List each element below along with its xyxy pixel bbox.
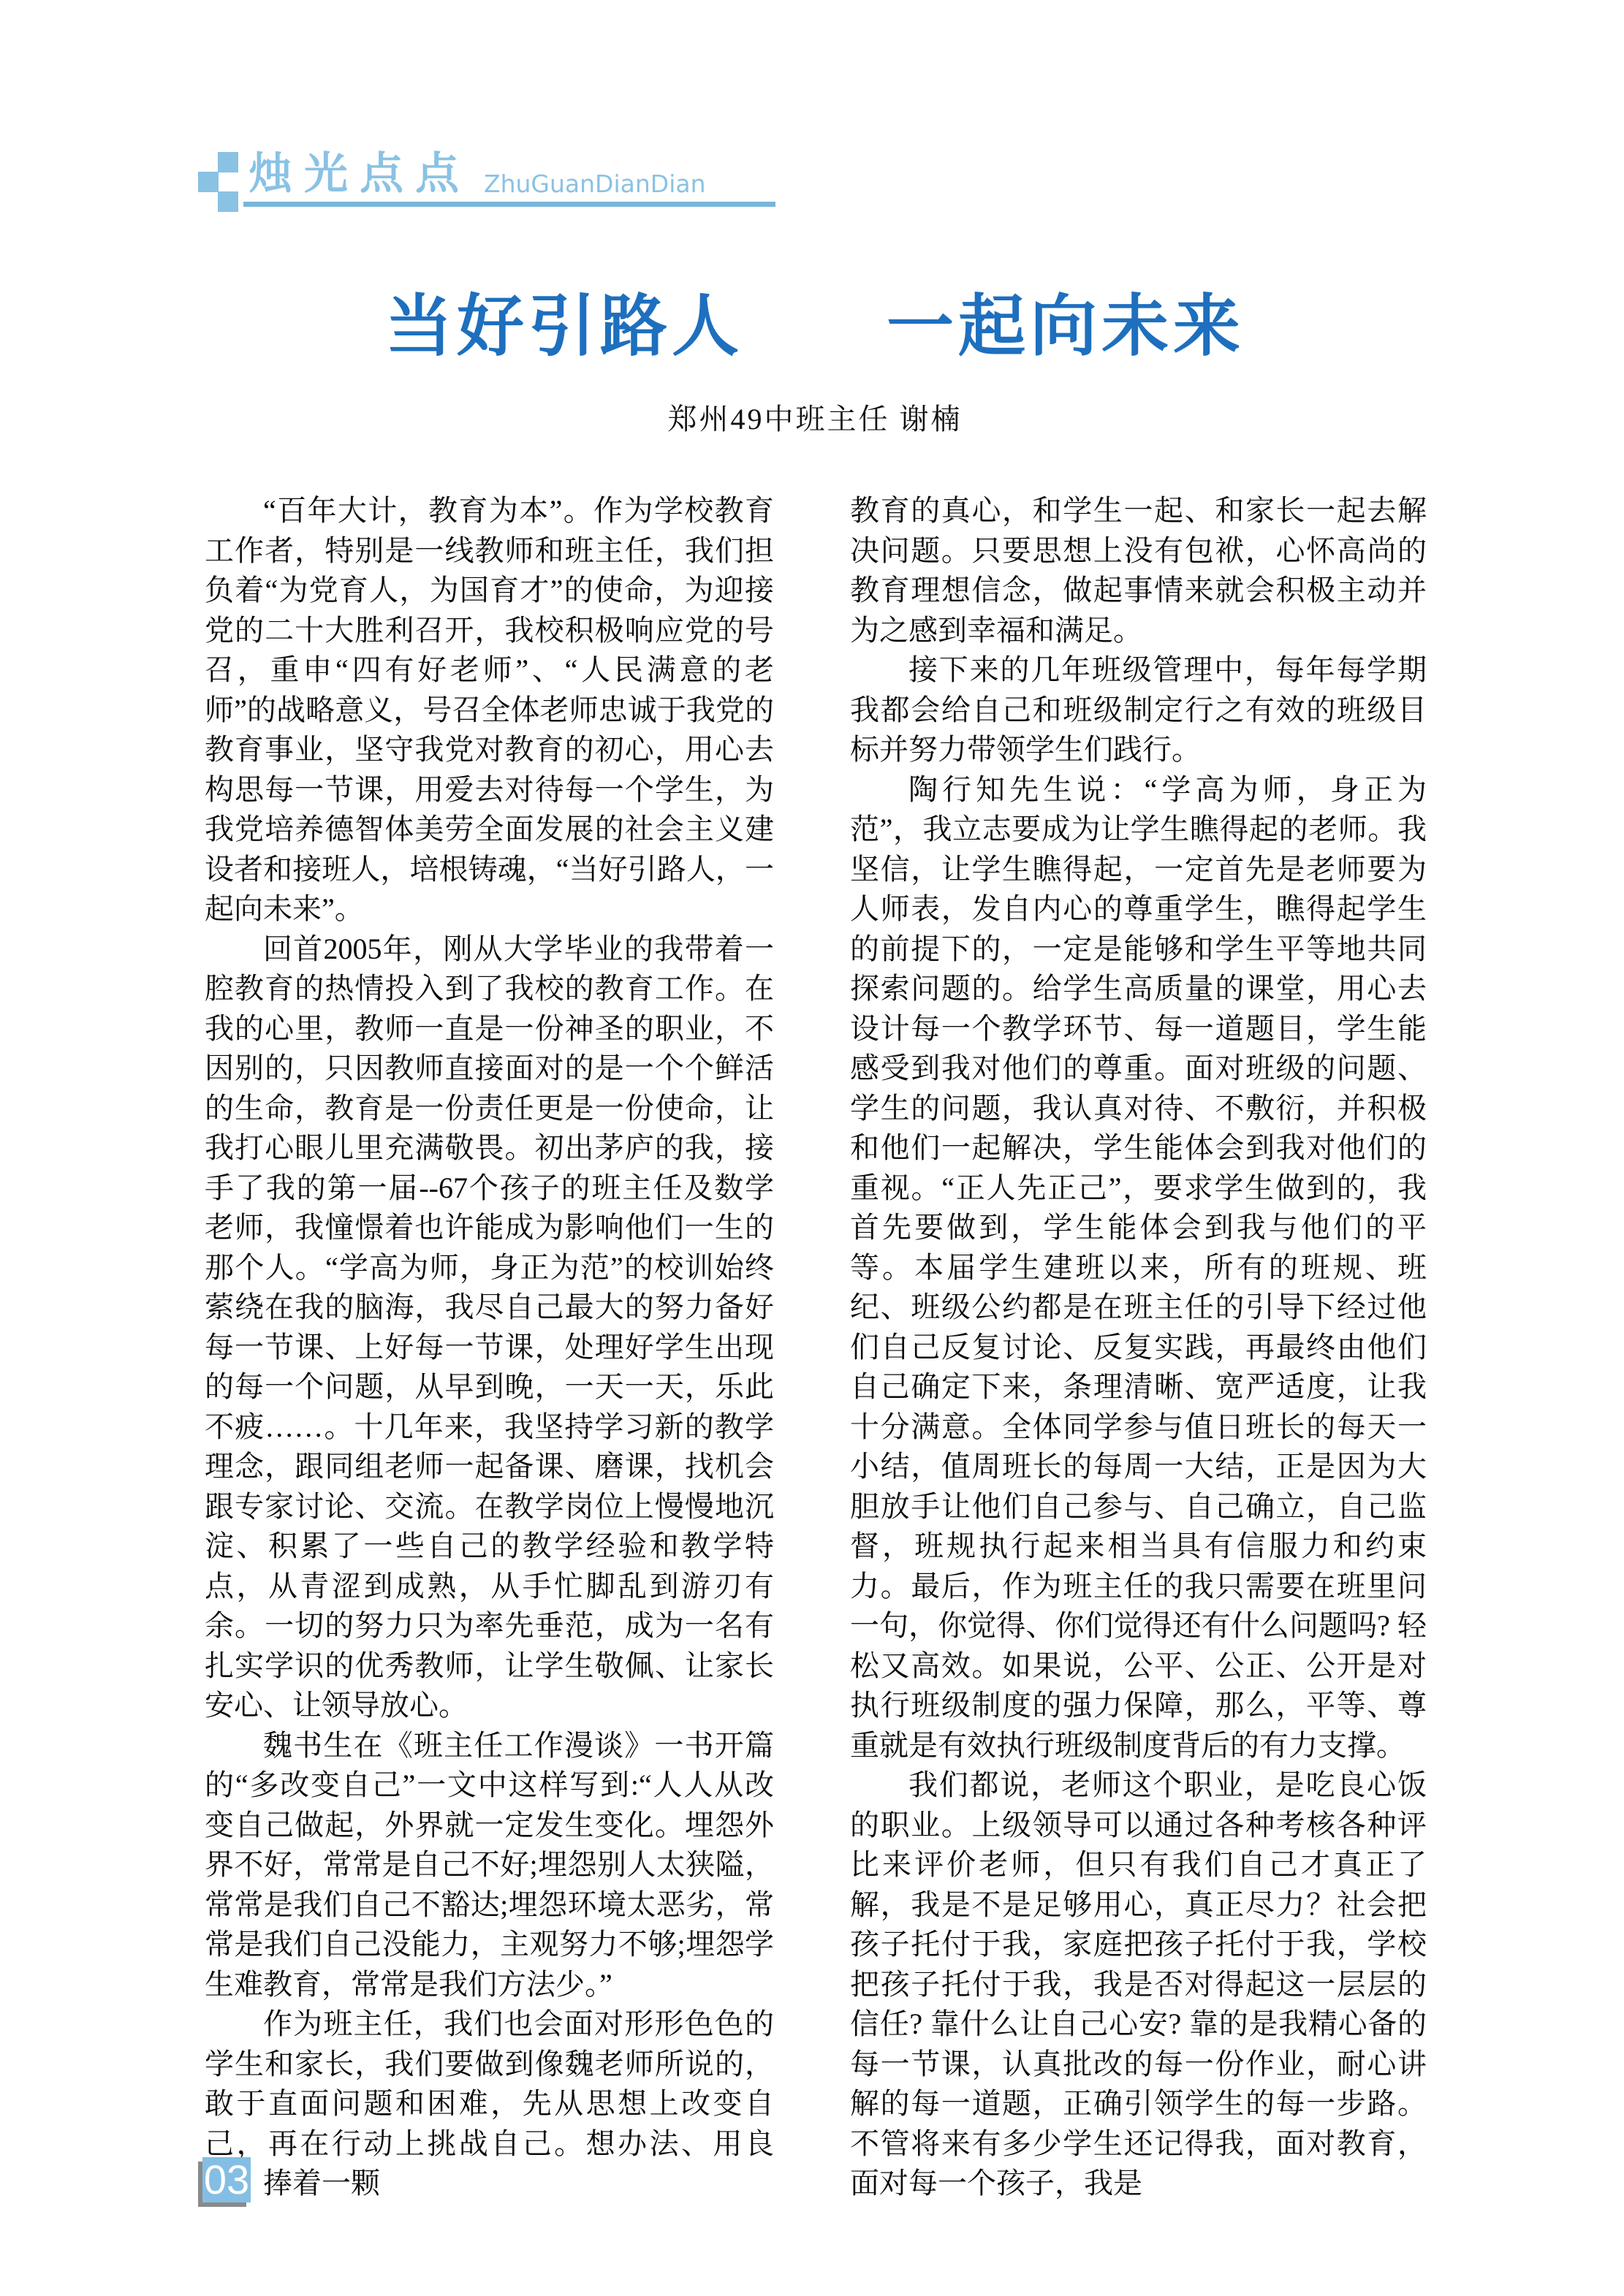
page-number-badge: 03: [202, 2157, 251, 2202]
paragraph: 接下来的几年班级管理中，每年每学期我都会给自己和班级制定行之有效的班级目标并努力…: [850, 650, 1427, 770]
magazine-page: 烛光点点 ZhuGuanDianDian 当好引路人 一起向未来 郑州49中班主…: [0, 0, 1624, 2296]
brand-square-middle: [198, 172, 219, 192]
paragraph: 魏书生在《班主任工作漫谈》一书开篇的“多改变自己”一文中这样写到:“人人从改变自…: [205, 1726, 774, 2005]
article-byline: 郑州49中班主任 谢楠: [205, 402, 1425, 437]
paragraph: 回首2005年，刚从大学毕业的我带着一腔教育的热情投入到了我校的教育工作。在我的…: [205, 930, 774, 1726]
body-column-right: 教育的真心，和学生一起、和家长一起去解决问题。只要思想上没有包袱，心怀高尚的教育…: [850, 491, 1427, 2204]
paragraph: 我们都说，老师这个职业，是吃良心饭的职业。上级领导可以通过各种考核各种评比来评价…: [850, 1765, 1427, 2204]
paragraph-continuation: 教育的真心，和学生一起、和家长一起去解决问题。只要思想上没有包袱，心怀高尚的教育…: [850, 491, 1427, 650]
header-rule: [243, 202, 775, 207]
body-column-left: “百年大计，教育为本”。作为学校教育工作者，特别是一线教师和班主任，我们担负着“…: [205, 491, 774, 2204]
paragraph: 陶行知先生说：“学高为师，身正为范”，我立志要成为让学生瞧得起的老师。我坚信，让…: [850, 770, 1427, 1766]
paragraph: “百年大计，教育为本”。作为学校教育工作者，特别是一线教师和班主任，我们担负着“…: [205, 491, 774, 930]
paragraph: 作为班主任，我们也会面对形形色色的学生和家长，我们要做到像魏老师所说的，敢于直面…: [205, 2004, 774, 2204]
section-brand-pinyin: ZhuGuanDianDian: [484, 170, 706, 198]
brand-square-top: [218, 152, 238, 172]
section-brand-chinese: 烛光点点: [248, 146, 471, 202]
article-title: 当好引路人 一起向未来: [205, 286, 1425, 367]
brand-squares-icon: [198, 152, 239, 210]
brand-square-bottom: [218, 191, 238, 212]
